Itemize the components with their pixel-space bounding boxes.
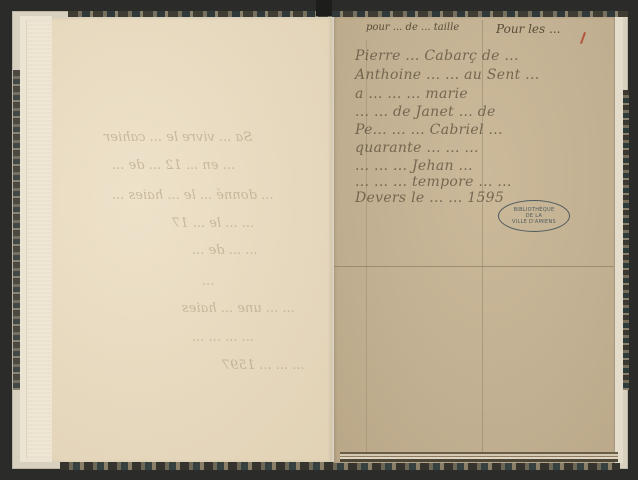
bleed-line: ... ... une ... haies [182,301,295,316]
bleed-line: Sa ... vivre le ... cahier [104,130,252,145]
manuscript-line: a ... ... ... marie [355,86,468,102]
library-stamp: BIBLIOTHÈQUE DE LA VILLE D'AMIENS [498,200,570,232]
manuscript-line: Pierre ... Cabarç de ... [355,48,519,64]
manuscript-line: ... ... de Janet ... de [355,104,496,120]
document-scan: Sa ... vivre le ... cahier ... en ... 12… [0,0,638,480]
flyleaf-strip-inner [26,20,51,458]
left-page: Sa ... vivre le ... cahier ... en ... 12… [52,18,332,462]
manuscript-line: Anthoine ... ... au Sent ... [355,67,540,83]
right-page [334,17,614,463]
manuscript-line: Pe... ... ... Cabriel ... [355,122,503,138]
bleed-line: ... ... ... 1597 [222,358,305,373]
fold-line-horizontal [334,266,614,267]
manuscript-line: quarante ... ... ... [355,140,479,156]
fold-line-vertical [366,40,367,460]
bleed-line: ... ... ... ... [192,330,254,345]
marbled-edge-right [622,90,629,390]
stamp-line: VILLE D'AMIENS [512,219,556,225]
marbled-edge-bottom [60,462,620,470]
manuscript-line: Devers le ... ... 1595 [355,190,504,206]
header-note-right: Pour les ... [496,22,560,36]
bleed-line: ... [202,274,214,289]
bleed-line: ... donné ... le ... haies ... [112,188,273,203]
page-edge-stack [340,452,618,462]
manuscript-line: ... ... ... Jehan ... [355,158,473,174]
header-note-left: pour ... de ... taille [366,22,459,33]
spine-gap [316,0,332,16]
bleed-line: ... ... de ... [192,243,258,258]
bleed-line: ... en ... 12 ... de ... [112,158,235,173]
right-page-margin [614,17,623,463]
bleed-line: ... ... le ... 17 [172,216,254,231]
manuscript-line: ... ... ... tempore ... ... [355,174,512,190]
fold-line-vertical [482,20,483,460]
